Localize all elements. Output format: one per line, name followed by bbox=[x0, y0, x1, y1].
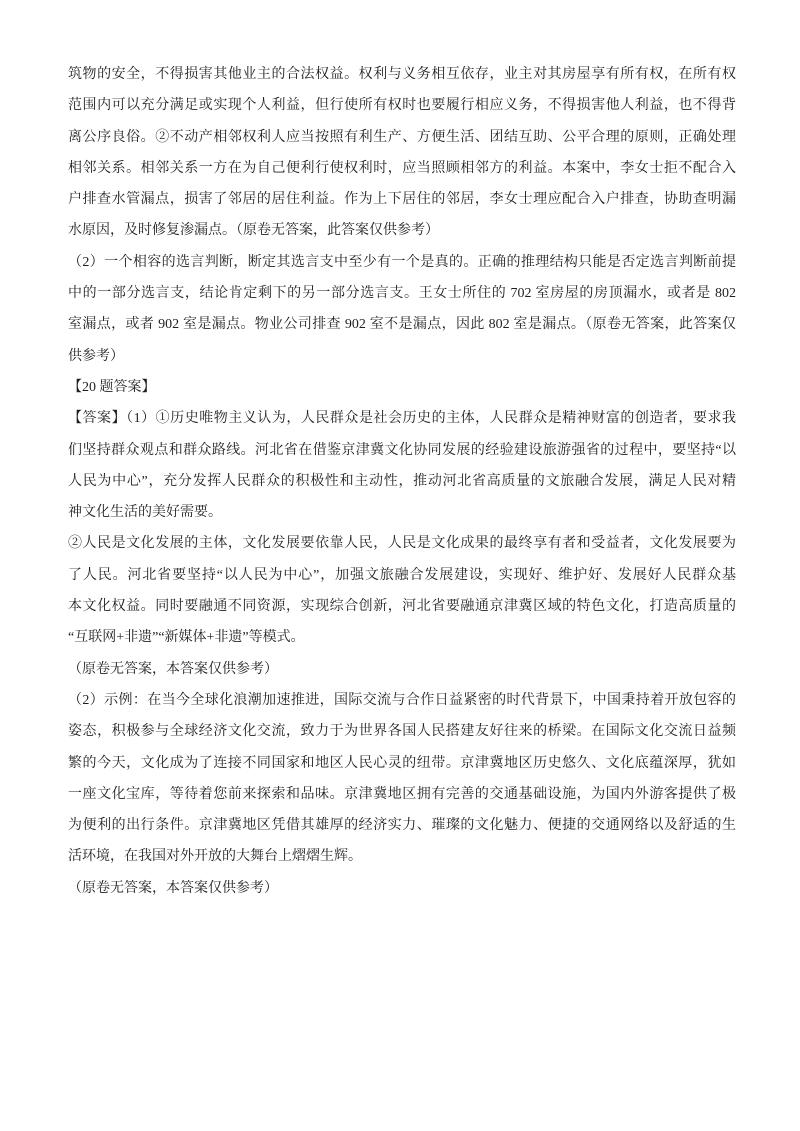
text-line-answer-20-part1-point2: 了人民。河北省要坚持“以人民为中心”，加强文旅融合发展建设，实现好、维护好、发展… bbox=[68, 560, 736, 591]
text-line-answer-19-part1-continuation: 筑物的安全，不得损害其他业主的合法权益。权利与义务相互依存，业主对其房屋享有所有… bbox=[68, 59, 736, 90]
text-line-answer-19-part1-continuation: 水原因，及时修复渗漏点。（原卷无答案，此答案仅供参考） bbox=[68, 215, 736, 246]
text-line-answer-20-part2: （2）示例：在当今全球化浪潮加速推进，国际交流与合作日益紧密的时代背景下，中国秉… bbox=[68, 685, 736, 716]
text-line-answer-20-part2: 繁的今天，文化成为了连接不同国家和地区人民心灵的纽带。京津冀地区历史悠久、文化底… bbox=[68, 748, 736, 779]
document-text-body: 筑物的安全，不得损害其他业主的合法权益。权利与义务相互依存，业主对其房屋享有所有… bbox=[68, 59, 736, 904]
text-line-answer-19-part2: 供参考） bbox=[68, 341, 736, 372]
text-line-answer-20-part2: 一座文化宝库，等待着您前来探索和品味。京津冀地区拥有完善的交通基础设施，为国内外… bbox=[68, 779, 736, 810]
text-line-answer-20-part1-note: （原卷无答案，本答案仅供参考） bbox=[68, 654, 736, 685]
text-line-answer-19-part2: 室漏点，或者 902 室是漏点。物业公司排查 902 室不是漏点，因此 802 … bbox=[68, 309, 736, 340]
text-line-answer-20-part2: 为便利的出行条件。京津冀地区凭借其雄厚的经济实力、璀璨的文化魅力、便捷的交通网络… bbox=[68, 810, 736, 841]
text-line-answer-19-part1-continuation: 相邻关系。相邻关系一方在为自己便利行使权利时，应当照顾相邻方的利益。本案中，李女… bbox=[68, 153, 736, 184]
text-line-answer-20-part2: 活环境，在我国对外开放的大舞台上熠熠生辉。 bbox=[68, 841, 736, 872]
text-line-answer-20-part1-point2: ②人民是文化发展的主体，文化发展要依靠人民，人民是文化成果的最终享有者和受益者，… bbox=[68, 528, 736, 559]
text-line-answer-20-part2-note: （原卷无答案，本答案仅供参考） bbox=[68, 873, 736, 904]
text-line-answer-20-part1-point2: “互联网+非遗”“新媒体+非遗”等模式。 bbox=[68, 622, 736, 653]
text-line-answer-19-part2: （2）一个相容的选言判断，断定其选言支中至少有一个是真的。正确的推理结构只能是否… bbox=[68, 247, 736, 278]
text-line-answer-20-part1-point1: 们坚持群众观点和群众路线。河北省在借鉴京津冀文化协同发展的经验建设旅游强省的过程… bbox=[68, 435, 736, 466]
document-page: { "page": { "background_color": "#ffffff… bbox=[0, 0, 800, 1131]
text-line-question-20-heading: 【20 题答案】 bbox=[68, 372, 736, 403]
text-line-answer-19-part1-continuation: 离公序良俗。②不动产相邻权利人应当按照有利生产、方便生活、团结互助、公平合理的原… bbox=[68, 122, 736, 153]
text-line-answer-20-part1-point1: 【答案】（1）①历史唯物主义认为，人民群众是社会历史的主体，人民群众是精神财富的… bbox=[68, 403, 736, 434]
text-line-answer-20-part1-point2: 本文化权益。同时要融通不同资源，实现综合创新，河北省要融通京津冀区域的特色文化，… bbox=[68, 591, 736, 622]
text-line-answer-19-part1-continuation: 户排查水管漏点，损害了邻居的居住利益。作为上下居住的邻居，李女士理应配合入户排查… bbox=[68, 184, 736, 215]
text-line-answer-19-part2: 中的一部分选言支，结论肯定剩下的另一部分选言支。王女士所住的 702 室房屋的房… bbox=[68, 278, 736, 309]
text-line-answer-19-part1-continuation: 范围内可以充分满足或实现个人利益，但行使所有权时也要履行相应义务，不得损害他人利… bbox=[68, 90, 736, 121]
text-line-answer-20-part1-point1: 人民为中心”，充分发挥人民群众的积极性和主动性，推动河北省高质量的文旅融合发展，… bbox=[68, 466, 736, 497]
text-line-answer-20-part2: 姿态，积极参与全球经济文化交流，致力于为世界各国人民搭建友好往来的桥梁。在国际文… bbox=[68, 716, 736, 747]
text-line-answer-20-part1-point1: 神文化生活的美好需要。 bbox=[68, 497, 736, 528]
